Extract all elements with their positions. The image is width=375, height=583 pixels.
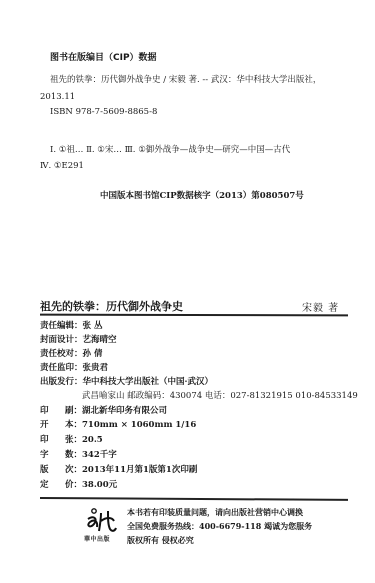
credit-label: 出版发行： bbox=[40, 377, 83, 387]
spec-printer: 印刷：湖北新华印务有限公司 bbox=[40, 406, 167, 417]
cip-record-number: 中国版本图书馆CIP数据核字（2013）第080507号 bbox=[100, 191, 304, 202]
service-hotline: 全国免费服务热线：400-6679-118 竭诚为您服务 bbox=[127, 521, 312, 532]
credit-editor: 责任编辑：张 丛 bbox=[40, 321, 102, 332]
credit-label: 责任校对： bbox=[40, 349, 83, 359]
credit-cover-design: 封面设计：艺海晴空 bbox=[40, 335, 117, 346]
cip-heading: 图书在版编目（CIP）数据 bbox=[50, 53, 157, 64]
publisher-address: 武昌喻家山 邮政编码：430074 电话：027-81321915 010-84… bbox=[82, 391, 358, 402]
credit-value: 孙 倩 bbox=[83, 349, 103, 359]
cip-classification-line2: Ⅳ. ①E291 bbox=[40, 161, 84, 172]
credit-label: 封面设计： bbox=[40, 335, 83, 345]
top-divider bbox=[40, 314, 348, 316]
book-author: 宋毅 著 bbox=[302, 299, 339, 314]
bottom-divider bbox=[40, 497, 348, 500]
book-title: 祖先的铁拳：历代御外战争史 bbox=[40, 298, 183, 314]
spec-price: 定价：38.00元 bbox=[40, 480, 117, 491]
spec-edition: 版次：2013年11月第1版第1次印刷 bbox=[40, 465, 197, 476]
copyright-notice: 版权所有 侵权必究 bbox=[127, 535, 194, 546]
credit-print-supervisor: 责任监印：张贵君 bbox=[40, 363, 108, 374]
spec-word-count: 字数：342千字 bbox=[40, 450, 117, 461]
cip-entry-line1: 祖先的铁拳：历代御外战争史 / 宋毅 著. -- 武汉：华中科技大学出版社， bbox=[50, 75, 321, 86]
spec-format: 开本：710mm × 1060mm 1/16 bbox=[40, 420, 196, 431]
credit-value: 张 丛 bbox=[83, 321, 103, 331]
credit-publisher: 出版发行：华中科技大学出版社（中国·武汉） bbox=[40, 377, 213, 388]
cip-classification-line1: Ⅰ. ①祖… Ⅱ. ①宋… Ⅲ. ①御外战争—战争史—研究—中国—古代 bbox=[50, 145, 290, 156]
credit-label: 责任编辑： bbox=[40, 321, 83, 331]
credit-value: 张贵君 bbox=[83, 363, 109, 373]
spec-sheets: 印张：20.5 bbox=[40, 435, 103, 446]
quality-notice: 本书若有印装质量问题，请向出版社营销中心调换 bbox=[127, 507, 303, 518]
cip-entry-line2: 2013.11 bbox=[40, 92, 75, 103]
credit-proofreader: 责任校对：孙 倩 bbox=[40, 349, 102, 360]
credit-value: 华中科技大学出版社（中国·武汉） bbox=[83, 377, 213, 387]
logo-text: 華中出版 bbox=[84, 534, 110, 543]
credit-value: 艺海晴空 bbox=[83, 335, 117, 345]
credit-label: 责任监印： bbox=[40, 363, 83, 373]
cip-isbn: ISBN 978-7-5609-8865-8 bbox=[50, 107, 157, 118]
